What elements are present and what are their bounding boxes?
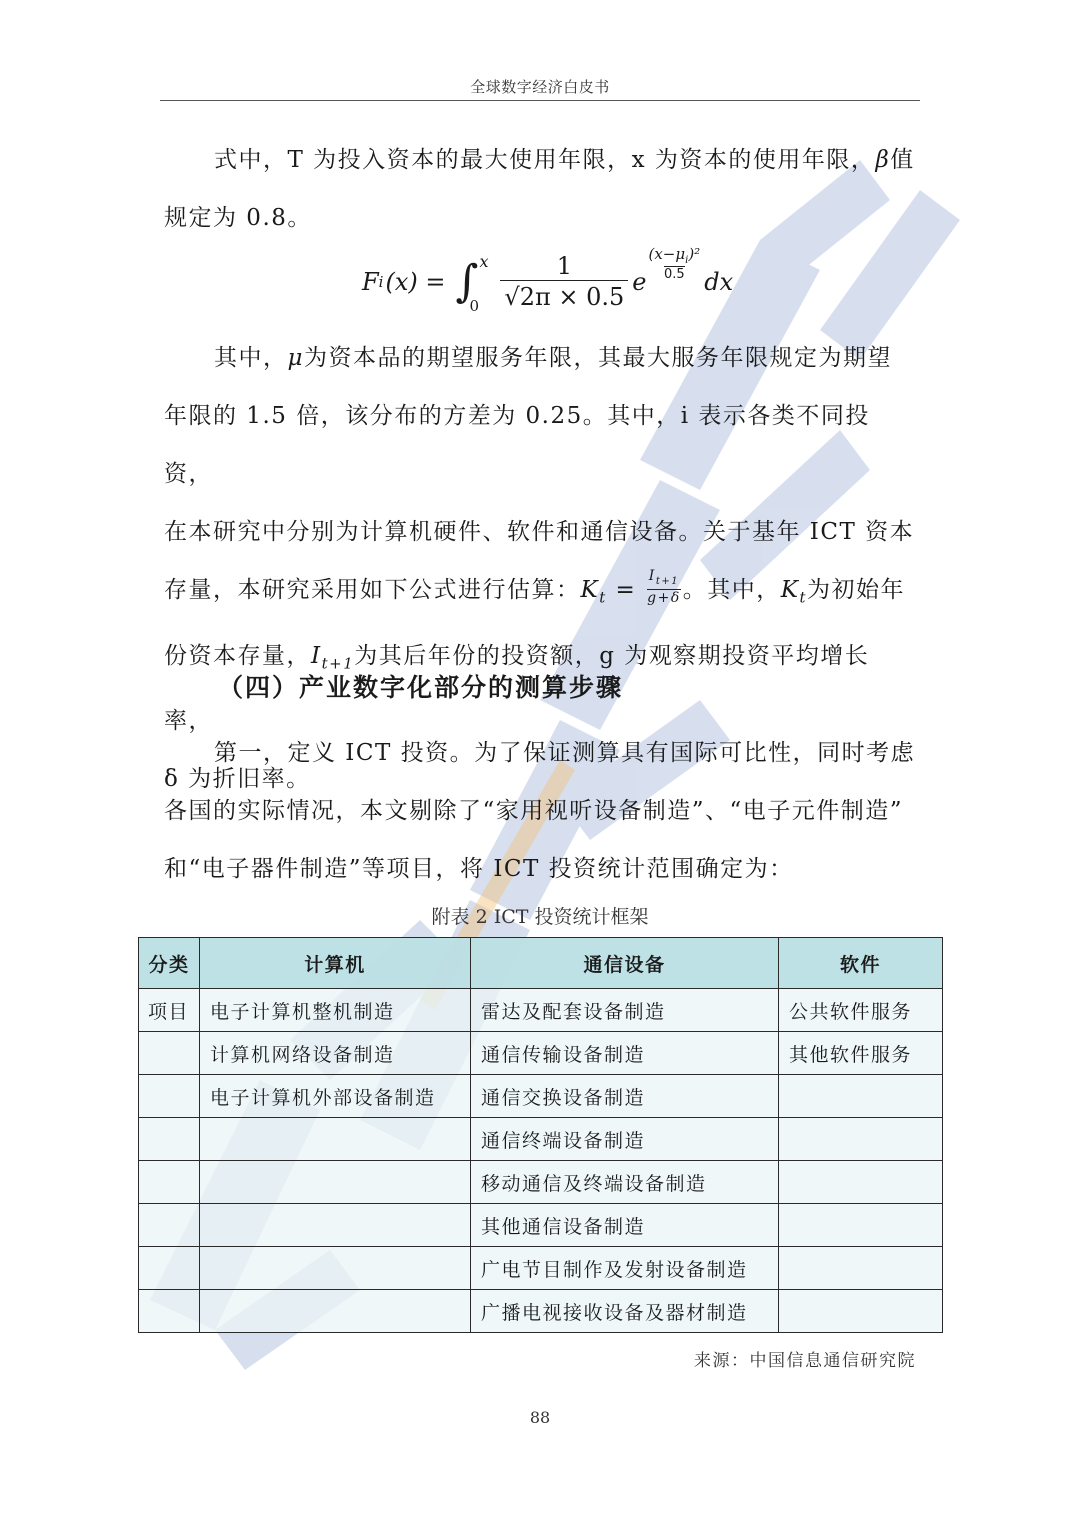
cell bbox=[139, 1161, 200, 1204]
paragraph-1: 式中，T 为投入资本的最大使用年限，x 为资本的使用年限，β值 规定为 0.8。 bbox=[164, 131, 916, 247]
exp-den: 0.5 bbox=[664, 266, 685, 282]
cell: 雷达及配套设备制造 bbox=[471, 989, 779, 1032]
p2-l4c: 为初始年 bbox=[807, 577, 905, 603]
cell: 通信终端设备制造 bbox=[471, 1118, 779, 1161]
cell bbox=[779, 1118, 943, 1161]
table-row: 广播电视接收设备及器材制造 bbox=[139, 1290, 943, 1333]
table-row: 移动通信及终端设备制造 bbox=[139, 1161, 943, 1204]
cell: 计算机网络设备制造 bbox=[200, 1032, 471, 1075]
p2-line2: 年限的 1.5 倍，该分布的方差为 0.25。其中，i 表示各类不同投资， bbox=[164, 387, 916, 503]
normal-cdf-formula: Fi(x) = ∫x0 1 √2π × 0.5 e (x−μi)² 0.5 dx bbox=[362, 252, 733, 311]
table-header-row: 分类 计算机 通信设备 软件 bbox=[139, 938, 943, 989]
cell bbox=[779, 1247, 943, 1290]
cell bbox=[200, 1247, 471, 1290]
para1-line1-end: 值 bbox=[890, 147, 915, 173]
beta-symbol: β bbox=[875, 147, 890, 173]
cell: 项目 bbox=[139, 989, 200, 1032]
cell bbox=[779, 1290, 943, 1333]
cell bbox=[779, 1204, 943, 1247]
header-computer: 计算机 bbox=[200, 938, 471, 989]
cell bbox=[139, 1118, 200, 1161]
table-row: 计算机网络设备制造通信传输设备制造其他软件服务 bbox=[139, 1032, 943, 1075]
header-software: 软件 bbox=[779, 938, 943, 989]
p2-l4a: 存量，本研究采用如下公式进行估算： bbox=[164, 577, 581, 603]
p2-l1a: 其中， bbox=[214, 345, 288, 371]
frac-den: g+δ bbox=[647, 589, 681, 606]
p2-l1b: 为资本品的期望服务年限，其最大服务年限规定为期望 bbox=[304, 345, 892, 371]
k-sub: t bbox=[599, 589, 607, 607]
header-category: 分类 bbox=[139, 938, 200, 989]
paragraph-3: 第一，定义 ICT 投资。为了保证测算具有国际可比性，同时考虑 各国的实际情况，… bbox=[164, 724, 916, 898]
cell bbox=[200, 1204, 471, 1247]
cell bbox=[779, 1161, 943, 1204]
formula-exponent: (x−μi)² 0.5 bbox=[648, 245, 700, 282]
formula-numerator: 1 bbox=[553, 252, 576, 280]
cell bbox=[200, 1118, 471, 1161]
k-symbol: K bbox=[581, 577, 600, 603]
table-row: 电子计算机外部设备制造通信交换设备制造 bbox=[139, 1075, 943, 1118]
cell bbox=[139, 1204, 200, 1247]
cell: 移动通信及终端设备制造 bbox=[471, 1161, 779, 1204]
capital-stock-fraction: It+1g+δ bbox=[647, 568, 681, 607]
cell bbox=[139, 1290, 200, 1333]
cell bbox=[200, 1290, 471, 1333]
p3-line3: 和“电子器件制造”等项目，将 ICT 投资统计范围确定为： bbox=[164, 840, 916, 898]
exp-num: (x−μ bbox=[648, 245, 685, 263]
formula-lhs-arg: (x) = bbox=[385, 268, 445, 296]
cell: 电子计算机外部设备制造 bbox=[200, 1075, 471, 1118]
formula-lhs: F bbox=[362, 268, 379, 296]
page-number: 88 bbox=[0, 1408, 1080, 1427]
cell bbox=[139, 1032, 200, 1075]
para1-line1: 式中，T 为投入资本的最大使用年限，x 为资本的使用年限， bbox=[214, 147, 875, 173]
formula-dx: dx bbox=[704, 268, 733, 296]
table-row: 广电节目制作及发射设备制造 bbox=[139, 1247, 943, 1290]
cell: 其他软件服务 bbox=[779, 1032, 943, 1075]
p2-l5a: 份资本存量， bbox=[164, 643, 311, 669]
running-header: 全球数字经济白皮书 bbox=[160, 76, 920, 97]
table-source: 来源：中国信息通信研究院 bbox=[694, 1346, 916, 1371]
table-row: 其他通信设备制造 bbox=[139, 1204, 943, 1247]
ict-investment-table: 分类 计算机 通信设备 软件 项目电子计算机整机制造雷达及配套设备制造公共软件服… bbox=[138, 937, 943, 1333]
cell: 电子计算机整机制造 bbox=[200, 989, 471, 1032]
formula-lhs-sub: i bbox=[379, 273, 384, 291]
header-rule bbox=[160, 100, 920, 101]
formula-denominator: √2π × 0.5 bbox=[500, 280, 628, 311]
cell: 其他通信设备制造 bbox=[471, 1204, 779, 1247]
document-page: 全球数字经济白皮书 式中，T 为投入资本的最大使用年限，x 为资本的使用年限，β… bbox=[0, 0, 1080, 1527]
integral-lower: 0 bbox=[469, 299, 479, 314]
exp-num-end: )² bbox=[688, 245, 700, 263]
header-communication: 通信设备 bbox=[471, 938, 779, 989]
cell bbox=[779, 1075, 943, 1118]
cell: 广电节目制作及发射设备制造 bbox=[471, 1247, 779, 1290]
cell: 广播电视接收设备及器材制造 bbox=[471, 1290, 779, 1333]
formula-exp-base: e bbox=[632, 268, 646, 296]
equals: = bbox=[607, 577, 645, 603]
table-caption: 附表 2 ICT 投资统计框架 bbox=[0, 902, 1080, 929]
cell: 公共软件服务 bbox=[779, 989, 943, 1032]
table-row: 通信终端设备制造 bbox=[139, 1118, 943, 1161]
k2-sub: t bbox=[799, 589, 807, 607]
para1-line2: 规定为 0.8。 bbox=[164, 205, 312, 231]
integral-sign: ∫x0 bbox=[455, 260, 478, 304]
frac-num-sub: t+1 bbox=[656, 575, 679, 586]
p3-line1: 第一，定义 ICT 投资。为了保证测算具有国际可比性，同时考虑 bbox=[164, 724, 916, 782]
p2-line3: 在本研究中分别为计算机硬件、软件和通信设备。关于基年 ICT 资本 bbox=[164, 503, 916, 561]
i-symbol: I bbox=[311, 643, 322, 669]
mu-symbol: μ bbox=[288, 345, 304, 371]
integral-upper: x bbox=[479, 254, 488, 270]
section-heading: （四）产业数字化部分的测算步骤 bbox=[218, 668, 623, 704]
cell: 通信传输设备制造 bbox=[471, 1032, 779, 1075]
cell bbox=[139, 1247, 200, 1290]
cell bbox=[139, 1075, 200, 1118]
cell: 通信交换设备制造 bbox=[471, 1075, 779, 1118]
p2-l4b: 。其中， bbox=[683, 577, 781, 603]
p3-line2: 各国的实际情况，本文剔除了“家用视听设备制造”、“电子元件制造” bbox=[164, 782, 916, 840]
formula-fraction: 1 √2π × 0.5 bbox=[500, 252, 628, 311]
k2-symbol: K bbox=[781, 577, 800, 603]
cell bbox=[200, 1161, 471, 1204]
frac-num: I bbox=[649, 568, 656, 584]
table-row: 项目电子计算机整机制造雷达及配套设备制造公共软件服务 bbox=[139, 989, 943, 1032]
